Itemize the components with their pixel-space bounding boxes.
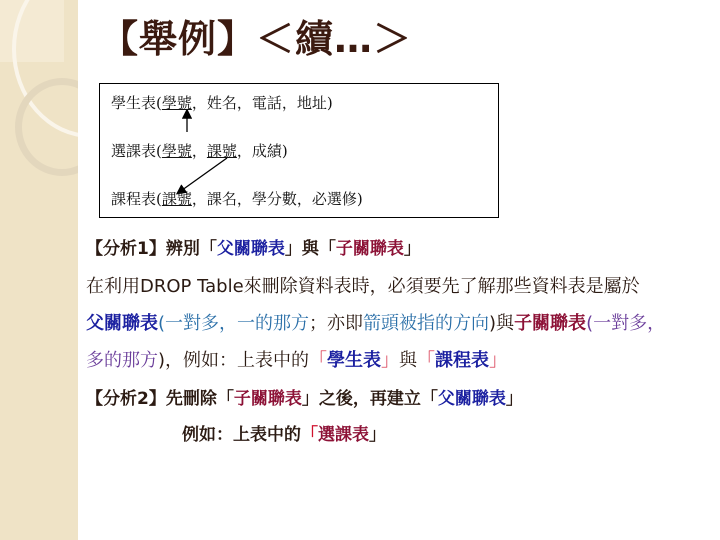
connector-text: 」之後，再建立「 [302,389,438,409]
paragraph-line1: 在利用DROP Table來刪除資料表時，必須要先了解那些資料表是屬於 [86,272,640,298]
paragraph-line2: 父關聯表(一對多，一的那方；亦即箭頭被指的方向)與子關聯表(一對多， [86,309,665,335]
primary-key: 學號 [162,94,192,112]
example-text: )，例如：上表中的 [158,350,309,371]
analysis2-line: 【分析2】先刪除「子關聯表」之後，再建立「父關聯表」 [86,384,523,409]
table-name: 學生表( [111,94,162,112]
child-table-term: 子關聯表 [336,239,404,259]
example-table-courses: 課程表 [435,350,489,371]
schema-figure: 學生表(學號，姓名，電話，地址) 選課表(學號，課號，成績) 課程表(課號，課名… [99,83,499,218]
bracket: 」 [381,350,399,371]
example-table-enrollment: 選課表 [318,425,369,445]
slide-title: 【舉例】＜續…＞ [100,8,412,63]
closing-bracket: 」 [404,239,421,259]
paragraph-line3: 多的那方)，例如：上表中的「學生表」與「課程表」 [86,346,507,372]
bracket: 「 [309,350,327,371]
table-columns: ，姓名，電話，地址) [192,94,333,112]
connector-text: )與 [489,313,514,334]
connector-text: ；亦即 [309,313,363,334]
child-table-term: 子關聯表 [514,313,586,334]
child-table-term: 子關聯表 [234,389,302,409]
table-name: 選課表( [111,142,162,160]
child-description: 多的那方 [86,350,158,371]
bracket: 「 [417,350,435,371]
table-columns: ，成績) [237,142,288,160]
analysis1-prefix: 【分析1】辨別「 [86,239,217,259]
analysis2-example-line: 例如：上表中的「選課表」 [182,420,386,445]
foreign-key: 課號 [207,142,237,160]
foreign-key: 學號 [162,142,192,160]
bracket: 」 [489,350,507,371]
child-description: (一對多， [586,313,665,334]
parent-table-term: 父關聯表 [86,313,158,334]
bracket: 「 [301,425,318,445]
primary-key: 課號 [162,190,192,208]
analysis1-line: 【分析1】辨別「父關聯表」與「子關聯表」 [86,234,421,259]
example-table-students: 學生表 [327,350,381,371]
connector-text: 」與「 [285,239,336,259]
decorative-sidebar [0,0,78,540]
parent-description: (一對多，一的那方 [158,313,309,334]
table-row-enrollment: 選課表(學號，課號，成績) [111,140,288,161]
example-text: 例如：上表中的 [182,425,301,445]
closing-bracket: 」 [506,389,523,409]
connector-text: 與 [399,350,417,371]
table-row-courses: 課程表(課號，課名，學分數，必選修) [111,188,363,209]
table-row-students: 學生表(學號，姓名，電話，地址) [111,92,333,113]
separator: ， [192,142,207,160]
table-name: 課程表( [111,190,162,208]
arrow-direction-text: 箭頭被指的方向 [363,313,489,334]
parent-table-term: 父關聯表 [438,389,506,409]
analysis2-prefix: 【分析2】先刪除「 [86,389,234,409]
bracket: 」 [369,425,386,445]
table-columns: ，課名，學分數，必選修) [192,190,363,208]
parent-table-term: 父關聯表 [217,239,285,259]
